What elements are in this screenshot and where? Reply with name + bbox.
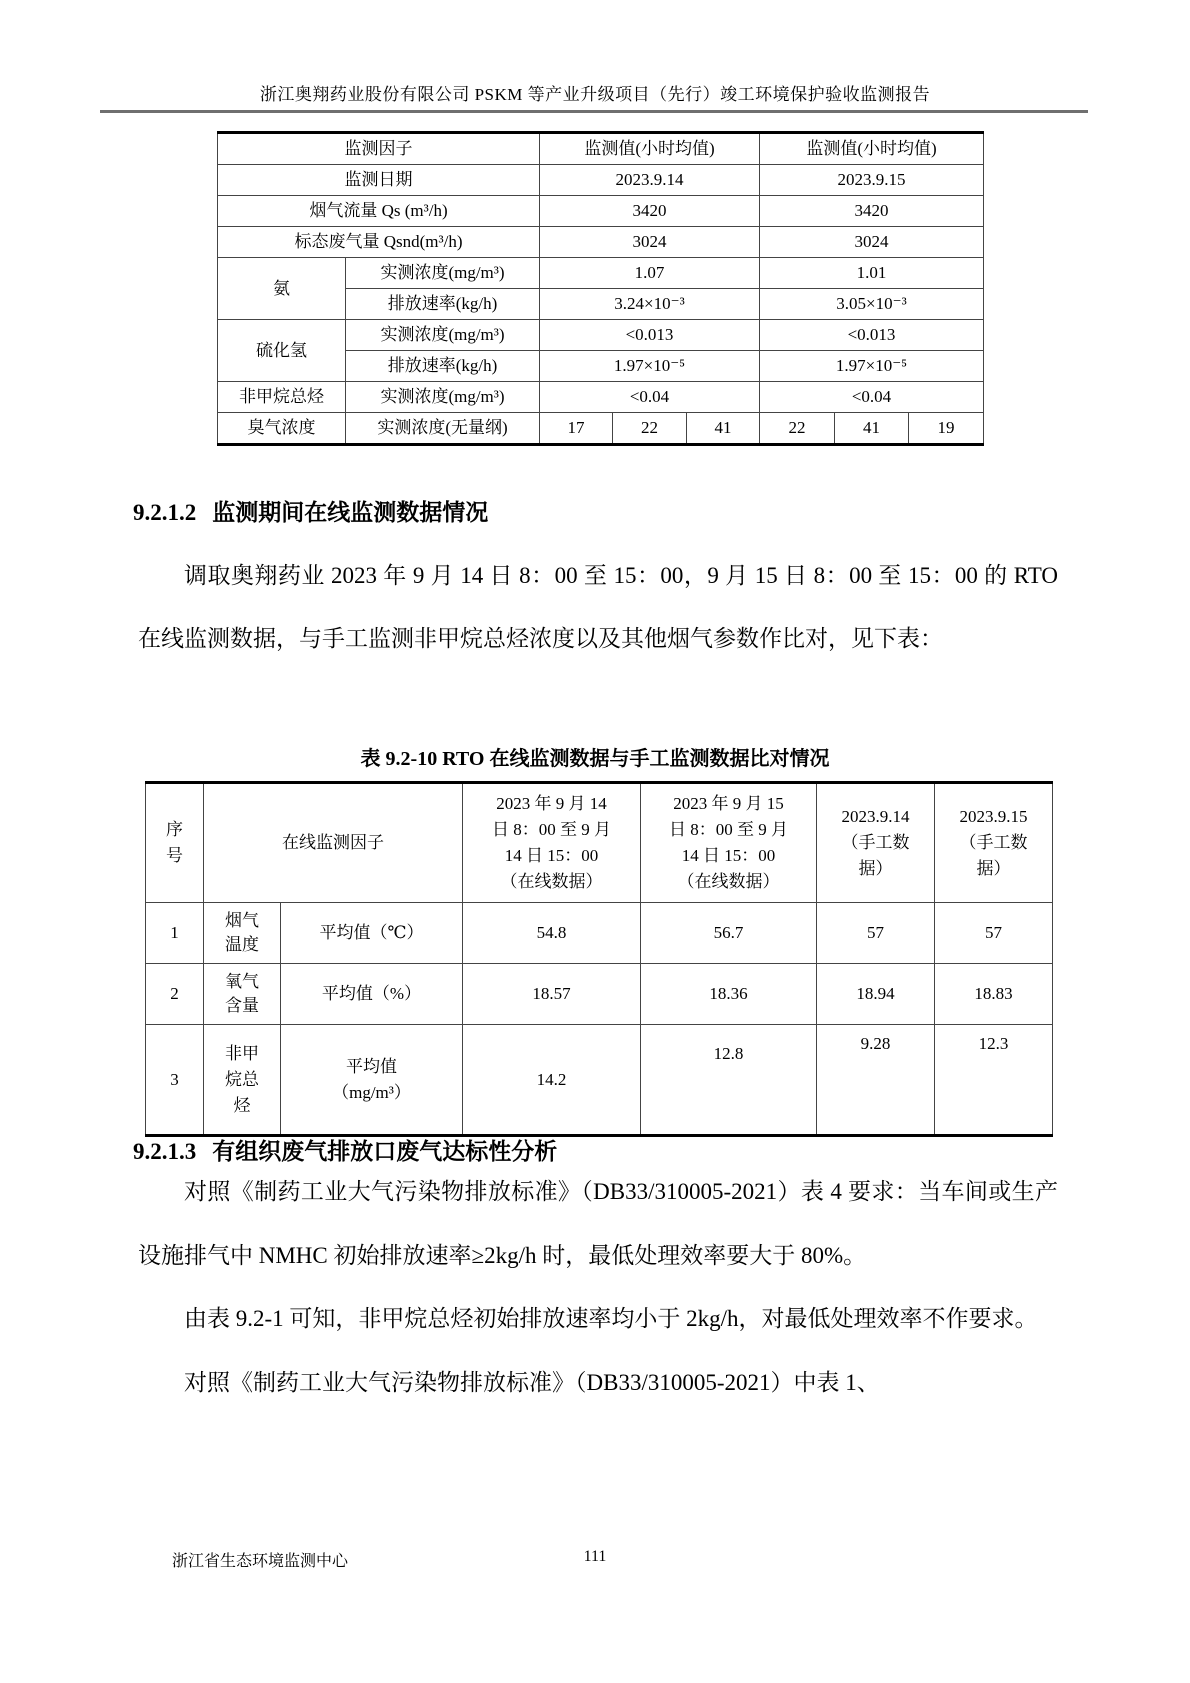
factor-label: 氧气 含量: [204, 964, 281, 1025]
row-label: 排放速率(kg/h): [346, 351, 540, 382]
value-cell: 9.28: [817, 1025, 935, 1136]
table2-caption: 表 9.2-10 RTO 在线监测数据与手工监测数据比对情况: [133, 742, 1057, 771]
row-label: 实测浓度(mg/m³): [346, 258, 540, 289]
section-9212-paragraph: 调取奥翔药业 2023 年 9 月 14 日 8：00 至 15：00，9 月 …: [138, 544, 1058, 670]
table-row: 2 氧气 含量 平均值（%） 18.57 18.36 18.94 18.83: [146, 964, 1053, 1025]
row-label: 排放速率(kg/h): [346, 289, 540, 320]
value-cell: 22: [760, 413, 835, 445]
value-cell: <0.04: [760, 382, 984, 413]
value-cell: 2023.9.14: [540, 165, 760, 196]
value-cell: 18.94: [817, 964, 935, 1025]
row-label: 监测日期: [218, 165, 540, 196]
col-header-online-2: 2023 年 9 月 15 日 8：00 至 9 月 14 日 15：00 （在…: [641, 783, 817, 903]
paragraph-text: 对照《制药工业大气污染物排放标准》（DB33/310005-2021）表 4 要…: [138, 1160, 1058, 1287]
table-header-row: 序 号 在线监测因子 2023 年 9 月 14 日 8：00 至 9 月 14…: [146, 783, 1053, 903]
table-row: 硫化氢 实测浓度(mg/m³) <0.013 <0.013: [218, 320, 984, 351]
stat-label: 平均值（%）: [281, 964, 463, 1025]
factor-label: 烟气 温度: [204, 903, 281, 964]
paragraph-text: 由表 9.2-1 可知，非甲烷总烃初始排放速率均小于 2kg/h，对最低处理效率…: [138, 1287, 1058, 1351]
value-cell: 57: [935, 903, 1053, 964]
factor-label: 硫化氢: [218, 320, 346, 382]
row-label: 实测浓度(mg/m³): [346, 382, 540, 413]
value-cell: 54.8: [463, 903, 641, 964]
row-label: 实测浓度(mg/m³): [346, 320, 540, 351]
section-9213-paragraphs: 对照《制药工业大气污染物排放标准》（DB33/310005-2021）表 4 要…: [138, 1160, 1058, 1414]
value-cell: 3024: [540, 227, 760, 258]
value-cell: 1.97×10⁻⁵: [540, 351, 760, 382]
rto-comparison-table: 序 号 在线监测因子 2023 年 9 月 14 日 8：00 至 9 月 14…: [145, 781, 1053, 1137]
value-cell: 12.3: [935, 1025, 1053, 1136]
table-row: 1 烟气 温度 平均值（℃） 54.8 56.7 57 57: [146, 903, 1053, 964]
value-cell: <0.013: [540, 320, 760, 351]
header-divider: [100, 110, 1088, 113]
col-header-value-2: 监测值(小时均值): [760, 133, 984, 165]
value-cell: 41: [687, 413, 760, 445]
table-row: 臭气浓度 实测浓度(无量纲) 17 22 41 22 41 19: [218, 413, 984, 445]
table-row: 标态废气量 Qsnd(m³/h) 3024 3024: [218, 227, 984, 258]
value-cell: 12.8: [641, 1025, 817, 1136]
table-row: 3 非甲 烷总 烃 平均值 （mg/m³） 14.2 12.8 9.28 12.…: [146, 1025, 1053, 1136]
value-cell: 3420: [760, 196, 984, 227]
col-header-factor: 在线监测因子: [204, 783, 463, 903]
stat-label: 平均值（℃）: [281, 903, 463, 964]
factor-label: 氨: [218, 258, 346, 320]
row-label: 实测浓度(无量纲): [346, 413, 540, 445]
index-cell: 1: [146, 903, 204, 964]
index-cell: 2: [146, 964, 204, 1025]
report-header-title: 浙江奥翔药业股份有限公司 PSKM 等产业升级项目（先行）竣工环境保护验收监测报…: [0, 80, 1190, 105]
table-row: 氨 实测浓度(mg/m³) 1.07 1.01: [218, 258, 984, 289]
col-header-index: 序 号: [146, 783, 204, 903]
section-title: 监测期间在线监测数据情况: [212, 500, 488, 525]
value-cell: 1.97×10⁻⁵: [760, 351, 984, 382]
paragraph-text: 调取奥翔药业 2023 年 9 月 14 日 8：00 至 15：00，9 月 …: [138, 544, 1058, 670]
value-cell: 41: [835, 413, 909, 445]
value-cell: 1.01: [760, 258, 984, 289]
document-page: 浙江奥翔药业股份有限公司 PSKM 等产业升级项目（先行）竣工环境保护验收监测报…: [0, 0, 1190, 1683]
value-cell: <0.04: [540, 382, 760, 413]
section-number: 9.2.1.2: [133, 500, 196, 525]
value-cell: 3024: [760, 227, 984, 258]
factor-label: 臭气浓度: [218, 413, 346, 445]
stat-label: 平均值 （mg/m³）: [281, 1025, 463, 1136]
value-cell: 18.36: [641, 964, 817, 1025]
table-row: 烟气流量 Qs (m³/h) 3420 3420: [218, 196, 984, 227]
value-cell: 3.24×10⁻³: [540, 289, 760, 320]
value-cell: 18.57: [463, 964, 641, 1025]
footer-org-name: 浙江省生态环境监测中心: [172, 1548, 348, 1571]
factor-label: 非甲 烷总 烃: [204, 1025, 281, 1136]
value-cell: 56.7: [641, 903, 817, 964]
table-row: 监测日期 2023.9.14 2023.9.15: [218, 165, 984, 196]
value-cell: 14.2: [463, 1025, 641, 1136]
col-header-factor: 监测因子: [218, 133, 540, 165]
col-header-manual-1: 2023.9.14 （手工数 据）: [817, 783, 935, 903]
paragraph-text: 对照《制药工业大气污染物排放标准》（DB33/310005-2021）中表 1、: [138, 1351, 1058, 1415]
page-footer: 浙江省生态环境监测中心 111: [0, 1548, 1190, 1566]
value-cell: 2023.9.15: [760, 165, 984, 196]
factor-label: 非甲烷总烃: [218, 382, 346, 413]
value-cell: 18.83: [935, 964, 1053, 1025]
value-cell: 22: [613, 413, 687, 445]
table-row: 监测因子 监测值(小时均值) 监测值(小时均值): [218, 133, 984, 165]
row-label: 烟气流量 Qs (m³/h): [218, 196, 540, 227]
value-cell: 1.07: [540, 258, 760, 289]
value-cell: 3.05×10⁻³: [760, 289, 984, 320]
value-cell: <0.013: [760, 320, 984, 351]
section-heading-9212: 9.2.1.2监测期间在线监测数据情况: [133, 494, 1057, 527]
value-cell: 57: [817, 903, 935, 964]
col-header-value-1: 监测值(小时均值): [540, 133, 760, 165]
value-cell: 17: [540, 413, 613, 445]
col-header-manual-2: 2023.9.15 （手工数 据）: [935, 783, 1053, 903]
table-row: 非甲烷总烃 实测浓度(mg/m³) <0.04 <0.04: [218, 382, 984, 413]
row-label: 标态废气量 Qsnd(m³/h): [218, 227, 540, 258]
index-cell: 3: [146, 1025, 204, 1136]
flue-gas-monitoring-table: 监测因子 监测值(小时均值) 监测值(小时均值) 监测日期 2023.9.14 …: [217, 131, 984, 446]
col-header-online-1: 2023 年 9 月 14 日 8：00 至 9 月 14 日 15：00 （在…: [463, 783, 641, 903]
value-cell: 3420: [540, 196, 760, 227]
value-cell: 19: [909, 413, 984, 445]
